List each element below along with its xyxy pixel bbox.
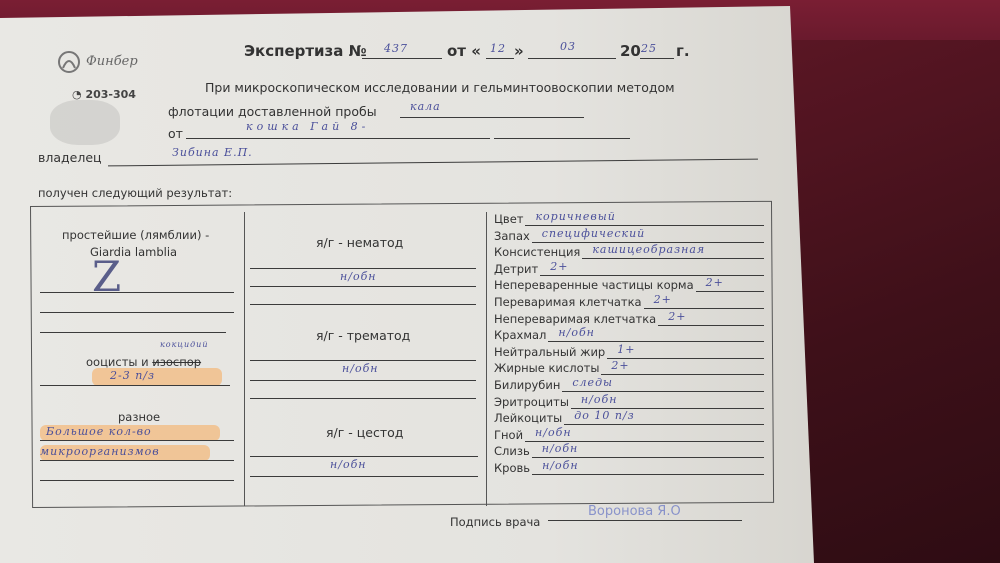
coprogram-value: 1+ (617, 343, 635, 356)
misc-value-line1: Большое кол-во (46, 425, 152, 438)
coprogram-label: Нейтральный жир (494, 345, 605, 359)
oocysts-value: 2-3 п/з (110, 369, 155, 382)
coprogram-value: 2+ (654, 293, 672, 306)
coprogram-value: н/обн (542, 442, 579, 455)
coprogram-label: Кровь (494, 461, 530, 475)
expertise-month: 03 (560, 40, 576, 53)
trematode-label: я/г - трематод (316, 328, 410, 343)
coprogram-value: н/обн (558, 326, 595, 339)
coprogram-value: кашицеобразная (592, 243, 705, 256)
owner-label: владелец (38, 150, 102, 165)
owner-name: Зибина Е.П. (172, 146, 253, 159)
from-animal: кошка Гай 8- (246, 120, 369, 133)
expertise-title: Экспертиза № (244, 42, 367, 60)
intro-text-1: При микроскопическом исследовании и гель… (205, 80, 675, 95)
expertise-number: 437 (384, 42, 408, 55)
nematode-value: н/обн (340, 270, 377, 283)
date-close-quote: » (514, 42, 524, 60)
coprogram-value: коричневый (535, 210, 615, 223)
signature-label: Подпись врача (450, 515, 540, 529)
coprogram-value: до 10 п/з (574, 409, 634, 422)
coprogram-value: н/обн (581, 393, 618, 406)
misc-value-line2: микроорганизмов (40, 445, 160, 458)
expertise-form-paper: Финбер ◔ 203-304 Экспертиза № 437 от « 1… (0, 0, 1000, 563)
coprogram-value: 2+ (550, 260, 568, 273)
coprogram-label: Непереваренные частицы корма (494, 278, 694, 292)
coprogram-label: Непереваримая клетчатка (494, 312, 656, 326)
coprogram-label: Слизь (494, 444, 530, 458)
date-label: от « (447, 42, 481, 60)
cestode-value: н/обн (330, 458, 367, 471)
coprogram-label: Жирные кислоты (494, 361, 599, 375)
intro-text-2: флотации доставленной пробы (168, 104, 377, 119)
coprogram-label: Билирубин (494, 378, 560, 392)
coprogram-label: Лейкоциты (494, 411, 562, 425)
coprogram-value: 2+ (611, 359, 629, 372)
coprogram-value: 2+ (706, 276, 724, 289)
misc-label: разное (118, 410, 160, 424)
coprogram-label: Гной (494, 428, 523, 442)
coprogram-value: специфический (542, 227, 645, 240)
result-label: получен следующий результат: (38, 186, 232, 200)
coprogram-label: Переваримая клетчатка (494, 295, 642, 309)
trematode-value: н/обн (342, 362, 379, 375)
year-prefix: 20 (620, 42, 641, 60)
coprogram-value: 2+ (668, 310, 686, 323)
doctor-stamp: Воронова Я.О (588, 504, 681, 519)
coprogram-value: следы (572, 376, 613, 389)
coprogram-value: н/обн (535, 426, 572, 439)
pet-watermark-icon (50, 100, 120, 145)
sample-type: кала (410, 100, 441, 113)
oocysts-correction: кокцидий (160, 340, 208, 349)
oocysts-label: ооцисты и изоспор (86, 355, 201, 369)
coprogram-label: Эритроциты (494, 395, 569, 409)
protozoa-label: простейшие (лямблии) - (62, 228, 209, 242)
coprogram-label: Консистенция (494, 245, 580, 259)
protozoa-dash: Z (92, 252, 122, 301)
cestode-label: я/г - цестод (326, 425, 403, 440)
nematode-label: я/г - нематод (316, 235, 403, 250)
coprogram-label: Цвет (494, 212, 523, 226)
coprogram-label: Крахмал (494, 328, 546, 342)
coprogram-value: н/обн (542, 459, 579, 472)
from-label: от (168, 126, 183, 141)
clinic-logo (55, 48, 83, 80)
coprogram-label: Детрит (494, 262, 538, 276)
coprogram-label: Запах (494, 229, 530, 243)
expertise-year: 25 (641, 42, 657, 55)
year-suffix: г. (676, 42, 690, 60)
cat-dog-logo-icon (55, 48, 83, 76)
clinic-brand-name: Финбер (86, 54, 138, 69)
expertise-day: 12 (490, 42, 506, 55)
